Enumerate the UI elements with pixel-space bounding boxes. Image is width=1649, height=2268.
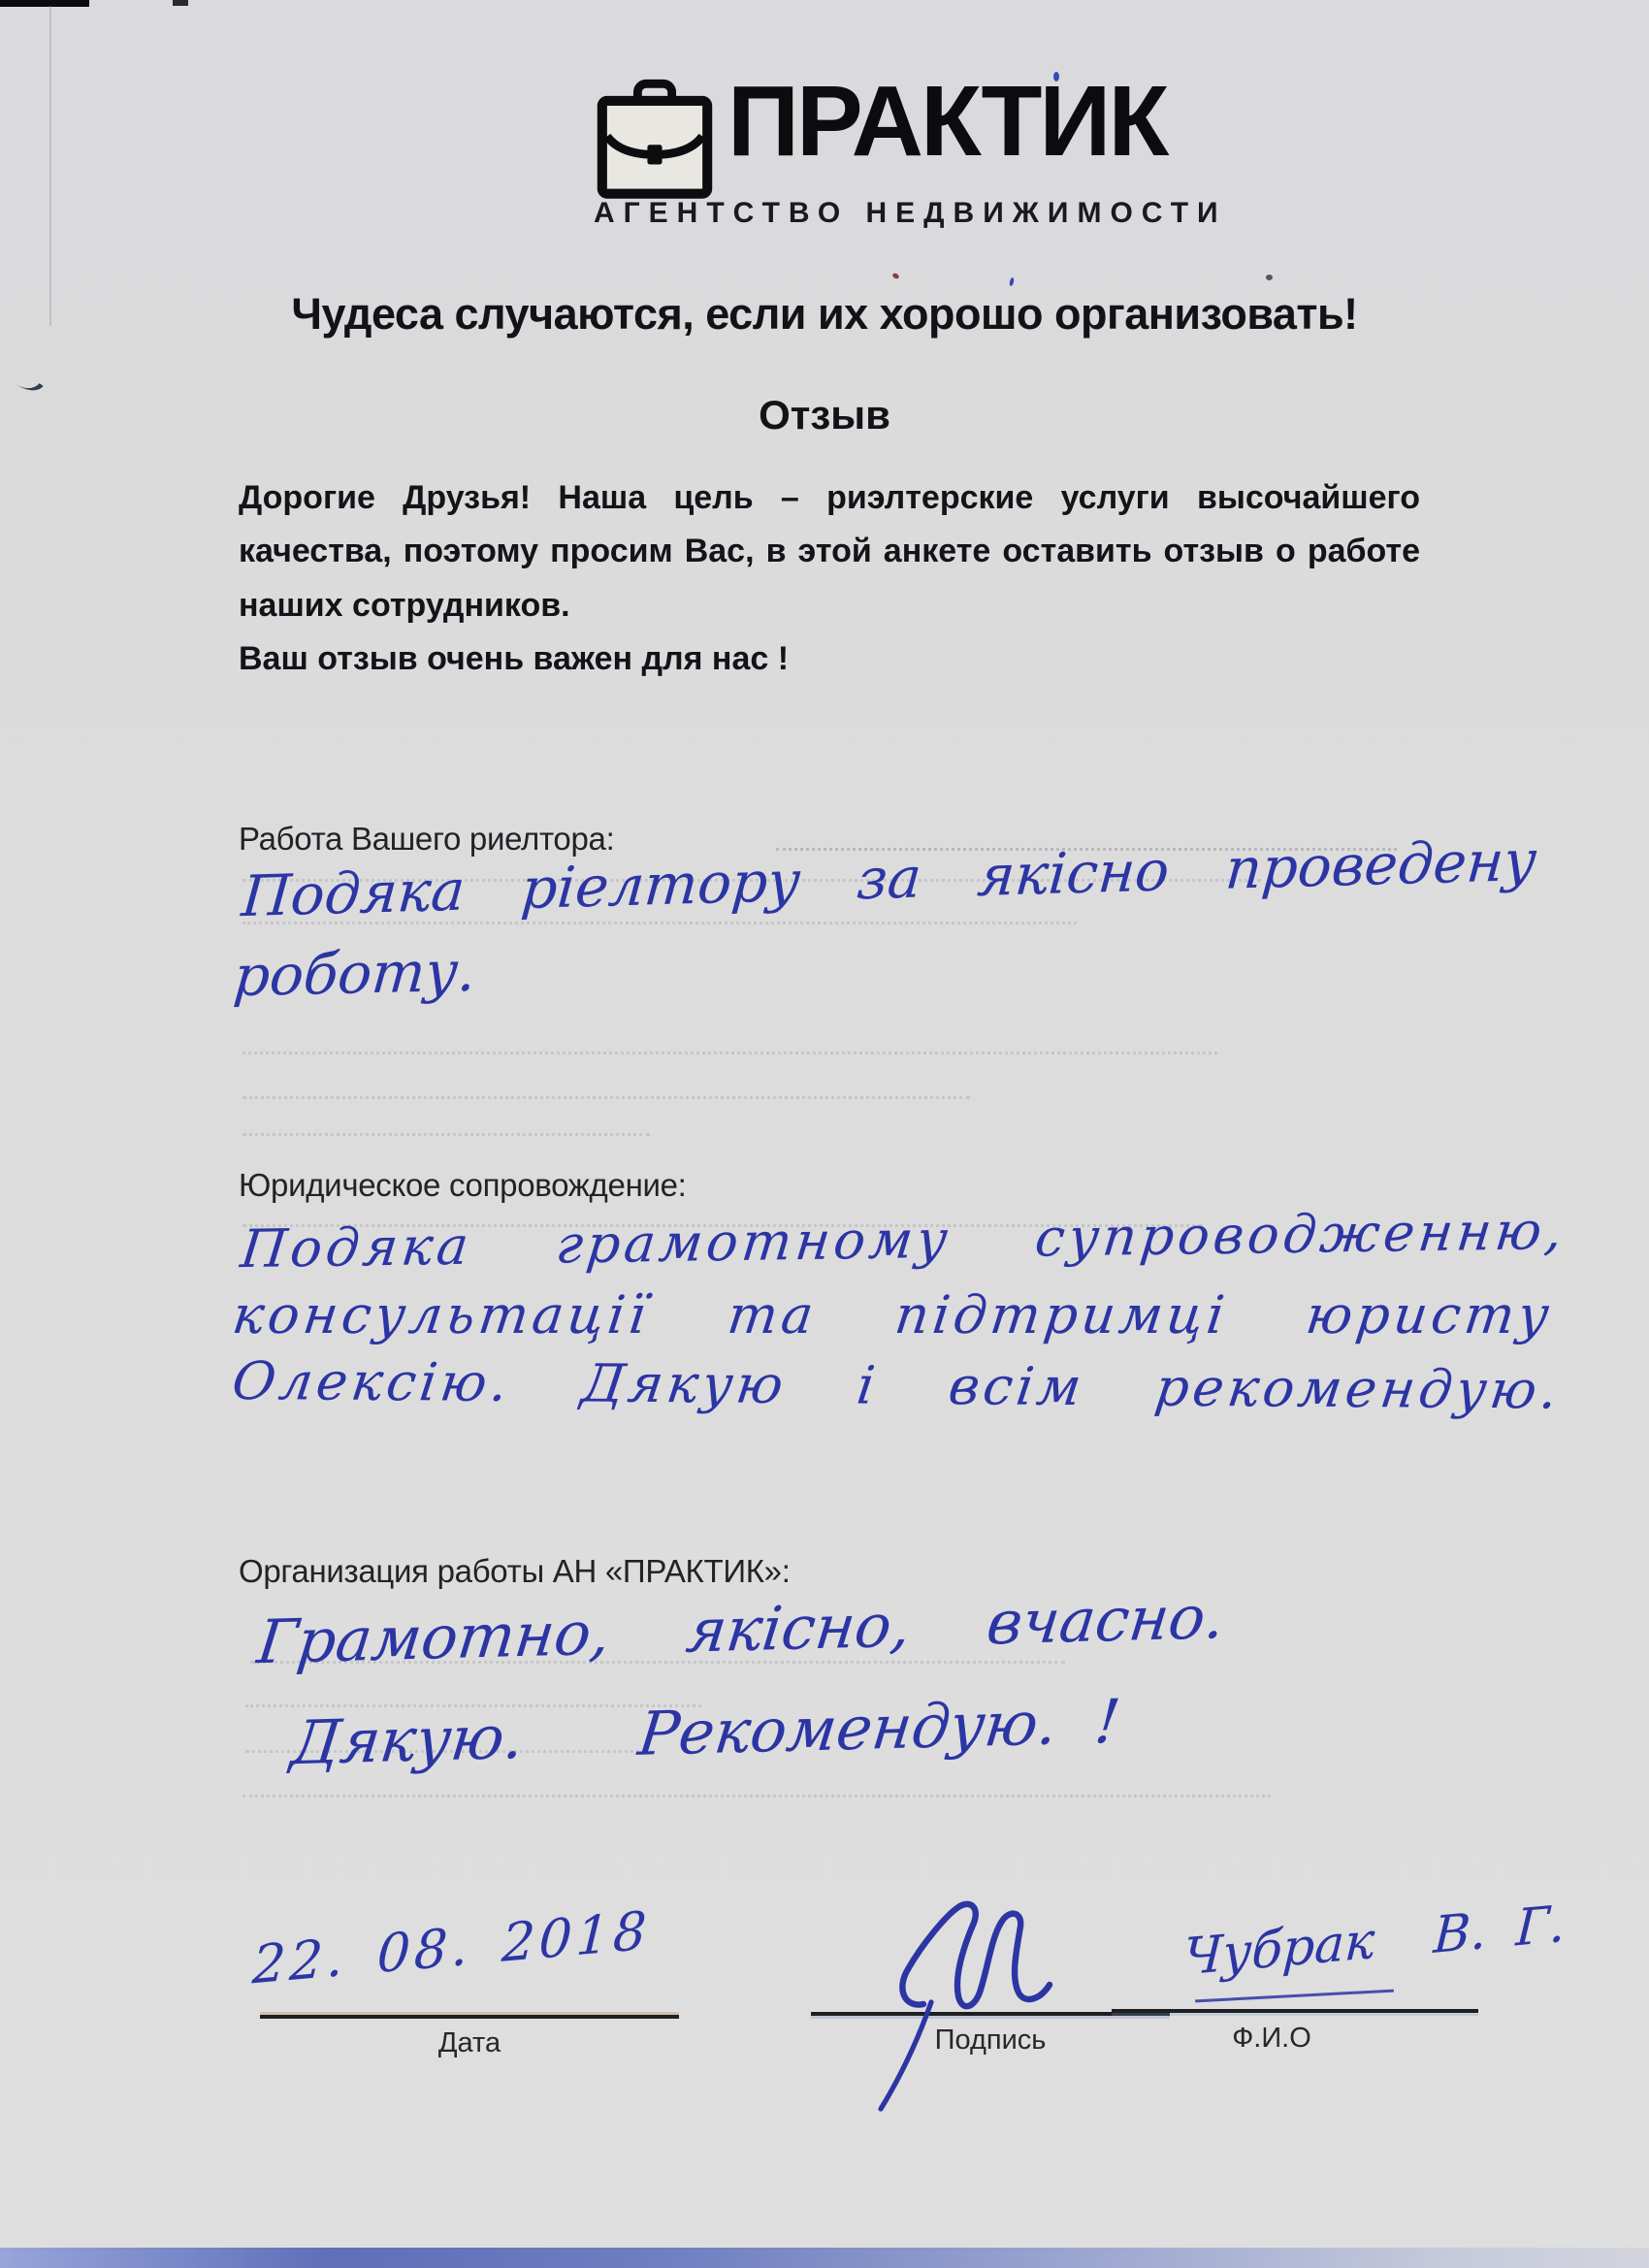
section-label-realtor: Работа Вашего риелтора: [239, 821, 614, 858]
importance-note: Ваш отзыв очень важен для нас ! [239, 640, 789, 678]
date-label: Дата [260, 2027, 679, 2059]
ruled-line [242, 1795, 1271, 1798]
scan-speck [891, 273, 900, 280]
ruled-line [242, 1133, 650, 1136]
section-label-legal: Юридическое сопровождение: [239, 1167, 687, 1204]
handwritten-response: консультації та підтримці юристу [229, 1284, 1556, 1345]
scan-speck [1266, 275, 1273, 280]
handwritten-response: Грамотно, якісно, вчасно. [254, 1581, 1229, 1677]
handwritten-response: Подяка грамотному супроводженню, [238, 1200, 1569, 1280]
scan-speck [1009, 277, 1015, 287]
scanned-feedback-form: ПРАКТИК АГЕНТСТВО НЕДВИЖИМОСТИ Чудеса сл… [0, 0, 1649, 2268]
handwritten-response: роботу. [231, 938, 478, 1009]
signature [795, 1892, 1183, 2117]
handwritten-response: Дякую. Рекомендую. ! [288, 1686, 1124, 1779]
intro-paragraph: Дорогие Друзья! Наша цель – риэлтерские … [239, 471, 1420, 632]
scan-edge-strip [0, 2248, 1649, 2268]
ruled-line [242, 1052, 1217, 1054]
brand-name: ПРАКТИК [727, 62, 1227, 205]
date-line [260, 2015, 679, 2019]
agency-logo: ПРАКТИК АГЕНТСТВО НЕДВИЖИМОСТИ [594, 62, 1227, 230]
scan-streak [49, 6, 51, 326]
date-value: 22. 08. 2018 [251, 1899, 652, 1995]
headline: Чудеса случаются, если их хорошо организ… [0, 289, 1649, 340]
form-title: Отзыв [0, 392, 1649, 438]
section-label-organization: Организация работы АН «ПРАКТИК»: [239, 1553, 791, 1590]
briefcase-icon [594, 78, 718, 205]
ruled-line [242, 1096, 970, 1099]
name-underline-flourish [1195, 1990, 1394, 2003]
handwritten-response: Олексію. Дякую і всім рекомендую. [229, 1350, 1565, 1421]
scan-speck [173, 0, 188, 6]
name-value: Чубрак В. Г. [1182, 1895, 1567, 1988]
scan-corner-mark [0, 0, 89, 7]
brand-tagline: АГЕНТСТВО НЕДВИЖИМОСТИ [594, 197, 1227, 230]
